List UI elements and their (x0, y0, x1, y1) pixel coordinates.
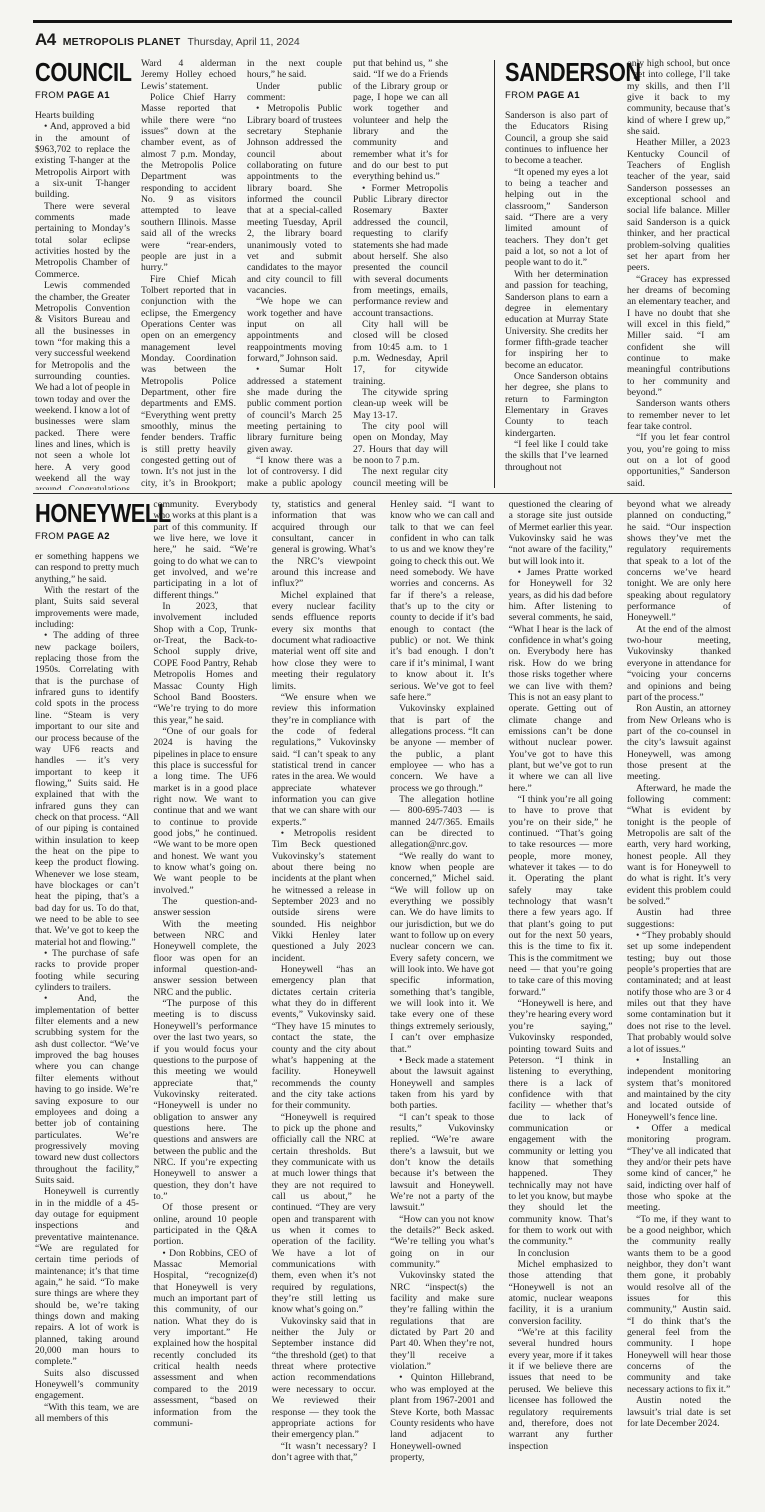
paragraph: Sanderson is also part of the Educators … (505, 110, 608, 167)
paragraph: “We hope we can work together and have i… (247, 296, 342, 364)
kicker-from: FROM (505, 90, 534, 101)
paragraph: “It wasn’t necessary? I don’t agree with… (272, 1441, 376, 1464)
paragraph: • The purchase of safe racks to provide … (35, 948, 139, 993)
paragraph: “I know there was a lot of controversy. … (247, 455, 342, 490)
paragraph: The next regular city council meeting wi… (353, 466, 448, 490)
paragraph: Heather Miller, a 2023 Kentucky Council … (627, 137, 730, 273)
paragraph: Austin had three suggestions: (627, 907, 731, 930)
paragraph: “To me, if they want to be a good neighb… (627, 1214, 731, 1396)
paragraph: Henley said. “I want to know who we can … (390, 499, 494, 703)
sanderson-column-2: only high school, but once I get into co… (627, 58, 730, 490)
honeywell-column-2: community. Everybody who works at this p… (153, 499, 257, 1508)
honeywell-column-6: beyond what we already planned on conduc… (627, 499, 731, 1508)
sanderson-kicker: FROM PAGE A1 (505, 90, 608, 101)
paragraph: Michel emphasized to those attending tha… (509, 1259, 613, 1327)
paragraph: “I feel like I could take the skills tha… (505, 439, 608, 473)
sanderson-text-1: Sanderson is also part of the Educators … (505, 110, 608, 473)
paragraph: The allegation hotline — 800-695-7403 — … (390, 794, 494, 851)
paragraph: • Metropolis Public Library board of tru… (247, 103, 342, 296)
paragraph: “It opened my eyes a lot to being a teac… (505, 167, 608, 269)
paragraph: Sanderson wants others to remember never… (627, 398, 730, 432)
paragraph: Vukovinsky stated the NRC “inspect(s) th… (390, 1270, 494, 1372)
honeywell-headline: HONEYWELL (35, 499, 122, 527)
paragraph: In conclusion (509, 1248, 613, 1259)
paragraph: “Honeywell is here, and they’re hearing … (509, 998, 613, 1248)
paragraph: “One of our goals for 2024 is having the… (153, 726, 257, 896)
paragraph: Hearts building (35, 110, 130, 121)
paragraph: • Sumar Holt addressed a statement she m… (247, 364, 342, 455)
paragraph: put that behind us, ” she said. “If we d… (353, 58, 448, 183)
paragraph: only high school, but once I get into co… (627, 58, 730, 137)
honeywell-column-1: HONEYWELL FROM PAGE A2 er something happ… (35, 499, 139, 1508)
paragraph: Austin noted the lawsuit’s trial date is… (627, 1395, 731, 1429)
kicker-page: PAGE A1 (537, 90, 580, 101)
sanderson-headline: SANDERSON (505, 58, 592, 86)
paragraph: • James Pratte worked for Honeywell for … (509, 567, 613, 794)
council-column-3: in the next couple hours,” he said.Under… (247, 58, 342, 490)
paragraph: Police Chief Harry Masse reported that w… (141, 92, 236, 274)
council-headline: COUNCIL (35, 58, 115, 86)
council-text-1: Hearts building• And, approved a bid in … (35, 110, 130, 490)
paragraph: At the end of the almost two-hour meetin… (627, 624, 731, 703)
paragraph: • Quinton Hillebrand, who was employed a… (390, 1372, 494, 1463)
council-column-1: COUNCIL FROM PAGE A1 Hearts building• An… (35, 58, 130, 490)
paragraph: In 2023, that involvement included Shop … (153, 601, 257, 726)
honeywell-column-4: Henley said. “I want to know who we can … (390, 499, 494, 1508)
paragraph: Honeywell is currently in in the middle … (35, 1186, 139, 1368)
article-honeywell: HONEYWELL FROM PAGE A2 er something happ… (35, 499, 731, 1508)
section-vertical-divider (494, 60, 495, 488)
paragraph: “With this team, we are all members of t… (35, 1402, 139, 1425)
date-line: Thursday, April 11, 2024 (187, 36, 299, 48)
paragraph: • Offer a medical monitoring program. “T… (627, 1123, 731, 1214)
newspaper-page: A4 METROPOLIS PLANET Thursday, April 11,… (0, 0, 765, 1512)
paragraph: Suits also discussed Honeywell’s communi… (35, 1368, 139, 1402)
council-column-4: put that behind us, ” she said. “If we d… (353, 58, 448, 490)
article-council: COUNCIL FROM PAGE A1 Hearts building• An… (35, 58, 450, 490)
paragraph: “The purpose of this meeting is to discu… (153, 998, 257, 1202)
paragraph: in the next couple hours,” he said. (247, 58, 342, 81)
paragraph: • The adding of three new package boiler… (35, 630, 139, 948)
paragraph: Lewis commended the chamber, the Greater… (35, 280, 130, 490)
paragraph: Under public comment: (247, 81, 342, 104)
paragraph: Ward 4 alderman Jeremy Holley echoed Lew… (141, 58, 236, 92)
paragraph: Michel explained that every nuclear faci… (272, 590, 376, 692)
kicker-from: FROM (35, 531, 64, 542)
paragraph: “We really do want to know when people a… (390, 851, 494, 1055)
paragraph: • Don Robbins, CEO of Massac Memorial Ho… (153, 1248, 257, 1430)
paragraph: Vukovinsky said that in neither the July… (272, 1316, 376, 1441)
honeywell-column-3: ty, statistics and general information t… (272, 499, 376, 1508)
paragraph: City hall will be closed will be closed … (353, 319, 448, 387)
kicker-page: PAGE A1 (67, 90, 110, 101)
honeywell-text-1: er something happens we can respond to p… (35, 551, 139, 1424)
paragraph: Honeywell “has an emergency plan that di… (272, 964, 376, 1111)
paragraph: With the meeting between NRC and Honeywe… (153, 919, 257, 998)
paragraph: • And, the implementation of better filt… (35, 993, 139, 1186)
paragraph: Fire Chief Micah Tolbert reported that i… (141, 274, 236, 490)
paragraph: The city pool will open on Monday, May 2… (353, 421, 448, 466)
paragraph: • Installing an independent monitoring s… (627, 1055, 731, 1123)
paragraph: Of those present or online, around 10 pe… (153, 1202, 257, 1247)
paragraph: • Beck made a statement about the lawsui… (390, 1055, 494, 1112)
paragraph: questioned the clearing of a storage sit… (509, 499, 613, 567)
paragraph: With her determination and passion for t… (505, 269, 608, 371)
kicker-from: FROM (35, 90, 64, 101)
paragraph: The question-and-answer session (153, 896, 257, 919)
paragraph: “If you let fear control you, you’re goi… (627, 432, 730, 489)
paragraph: “How can you not know the details?” Beck… (390, 1214, 494, 1271)
paragraph: Ron Austin, an attorney from New Orleans… (627, 703, 731, 782)
paragraph: • Former Metropolis Public Library direc… (353, 183, 448, 319)
header-rule (33, 20, 732, 23)
paragraph: er something happens we can respond to p… (35, 551, 139, 585)
paragraph: The citywide spring clean-up week will b… (353, 387, 448, 421)
sanderson-column-1: SANDERSON FROM PAGE A1 Sanderson is also… (505, 58, 608, 490)
paragraph: “We ensure when we review this informati… (272, 692, 376, 828)
paragraph: With the restart of the plant, Suits sai… (35, 585, 139, 630)
masthead: METROPOLIS PLANET (63, 36, 181, 48)
paragraph: ty, statistics and general information t… (272, 499, 376, 590)
article-sanderson: SANDERSON FROM PAGE A1 Sanderson is also… (505, 58, 731, 490)
honeywell-kicker: FROM PAGE A2 (35, 531, 139, 542)
paragraph: “We’re at this facility several hundred … (509, 1327, 613, 1452)
paragraph: beyond what we already planned on conduc… (627, 499, 731, 624)
section-horizontal-divider (33, 493, 732, 494)
council-column-2: Ward 4 alderman Jeremy Holley echoed Lew… (141, 58, 236, 490)
honeywell-column-5: questioned the clearing of a storage sit… (509, 499, 613, 1508)
paragraph: “Honeywell is required to pick up the ph… (272, 1112, 376, 1316)
paragraph: • Metropolis resident Tim Beck questione… (272, 828, 376, 964)
paragraph: Vukovinsky explained that is part of the… (390, 703, 494, 794)
paragraph: • And, approved a bid in the amount of $… (35, 121, 130, 200)
paragraph: Once Sanderson obtains her degree, she p… (505, 371, 608, 439)
paragraph: “Gracey has expressed her dreams of beco… (627, 274, 730, 399)
paragraph: “I can’t speak to those results,” Vukovi… (390, 1112, 494, 1214)
paragraph: There were several comments made pertain… (35, 201, 130, 280)
kicker-page: PAGE A2 (67, 531, 110, 542)
page-header: A4 METROPOLIS PLANET Thursday, April 11,… (35, 30, 730, 50)
council-kicker: FROM PAGE A1 (35, 90, 130, 101)
paragraph: • “They probably should set up some inde… (627, 930, 731, 1055)
paragraph: “I think you’re all going to have to pro… (509, 794, 613, 998)
paragraph: Afterward, he made the following comment… (627, 783, 731, 908)
page-number: A4 (35, 30, 56, 50)
